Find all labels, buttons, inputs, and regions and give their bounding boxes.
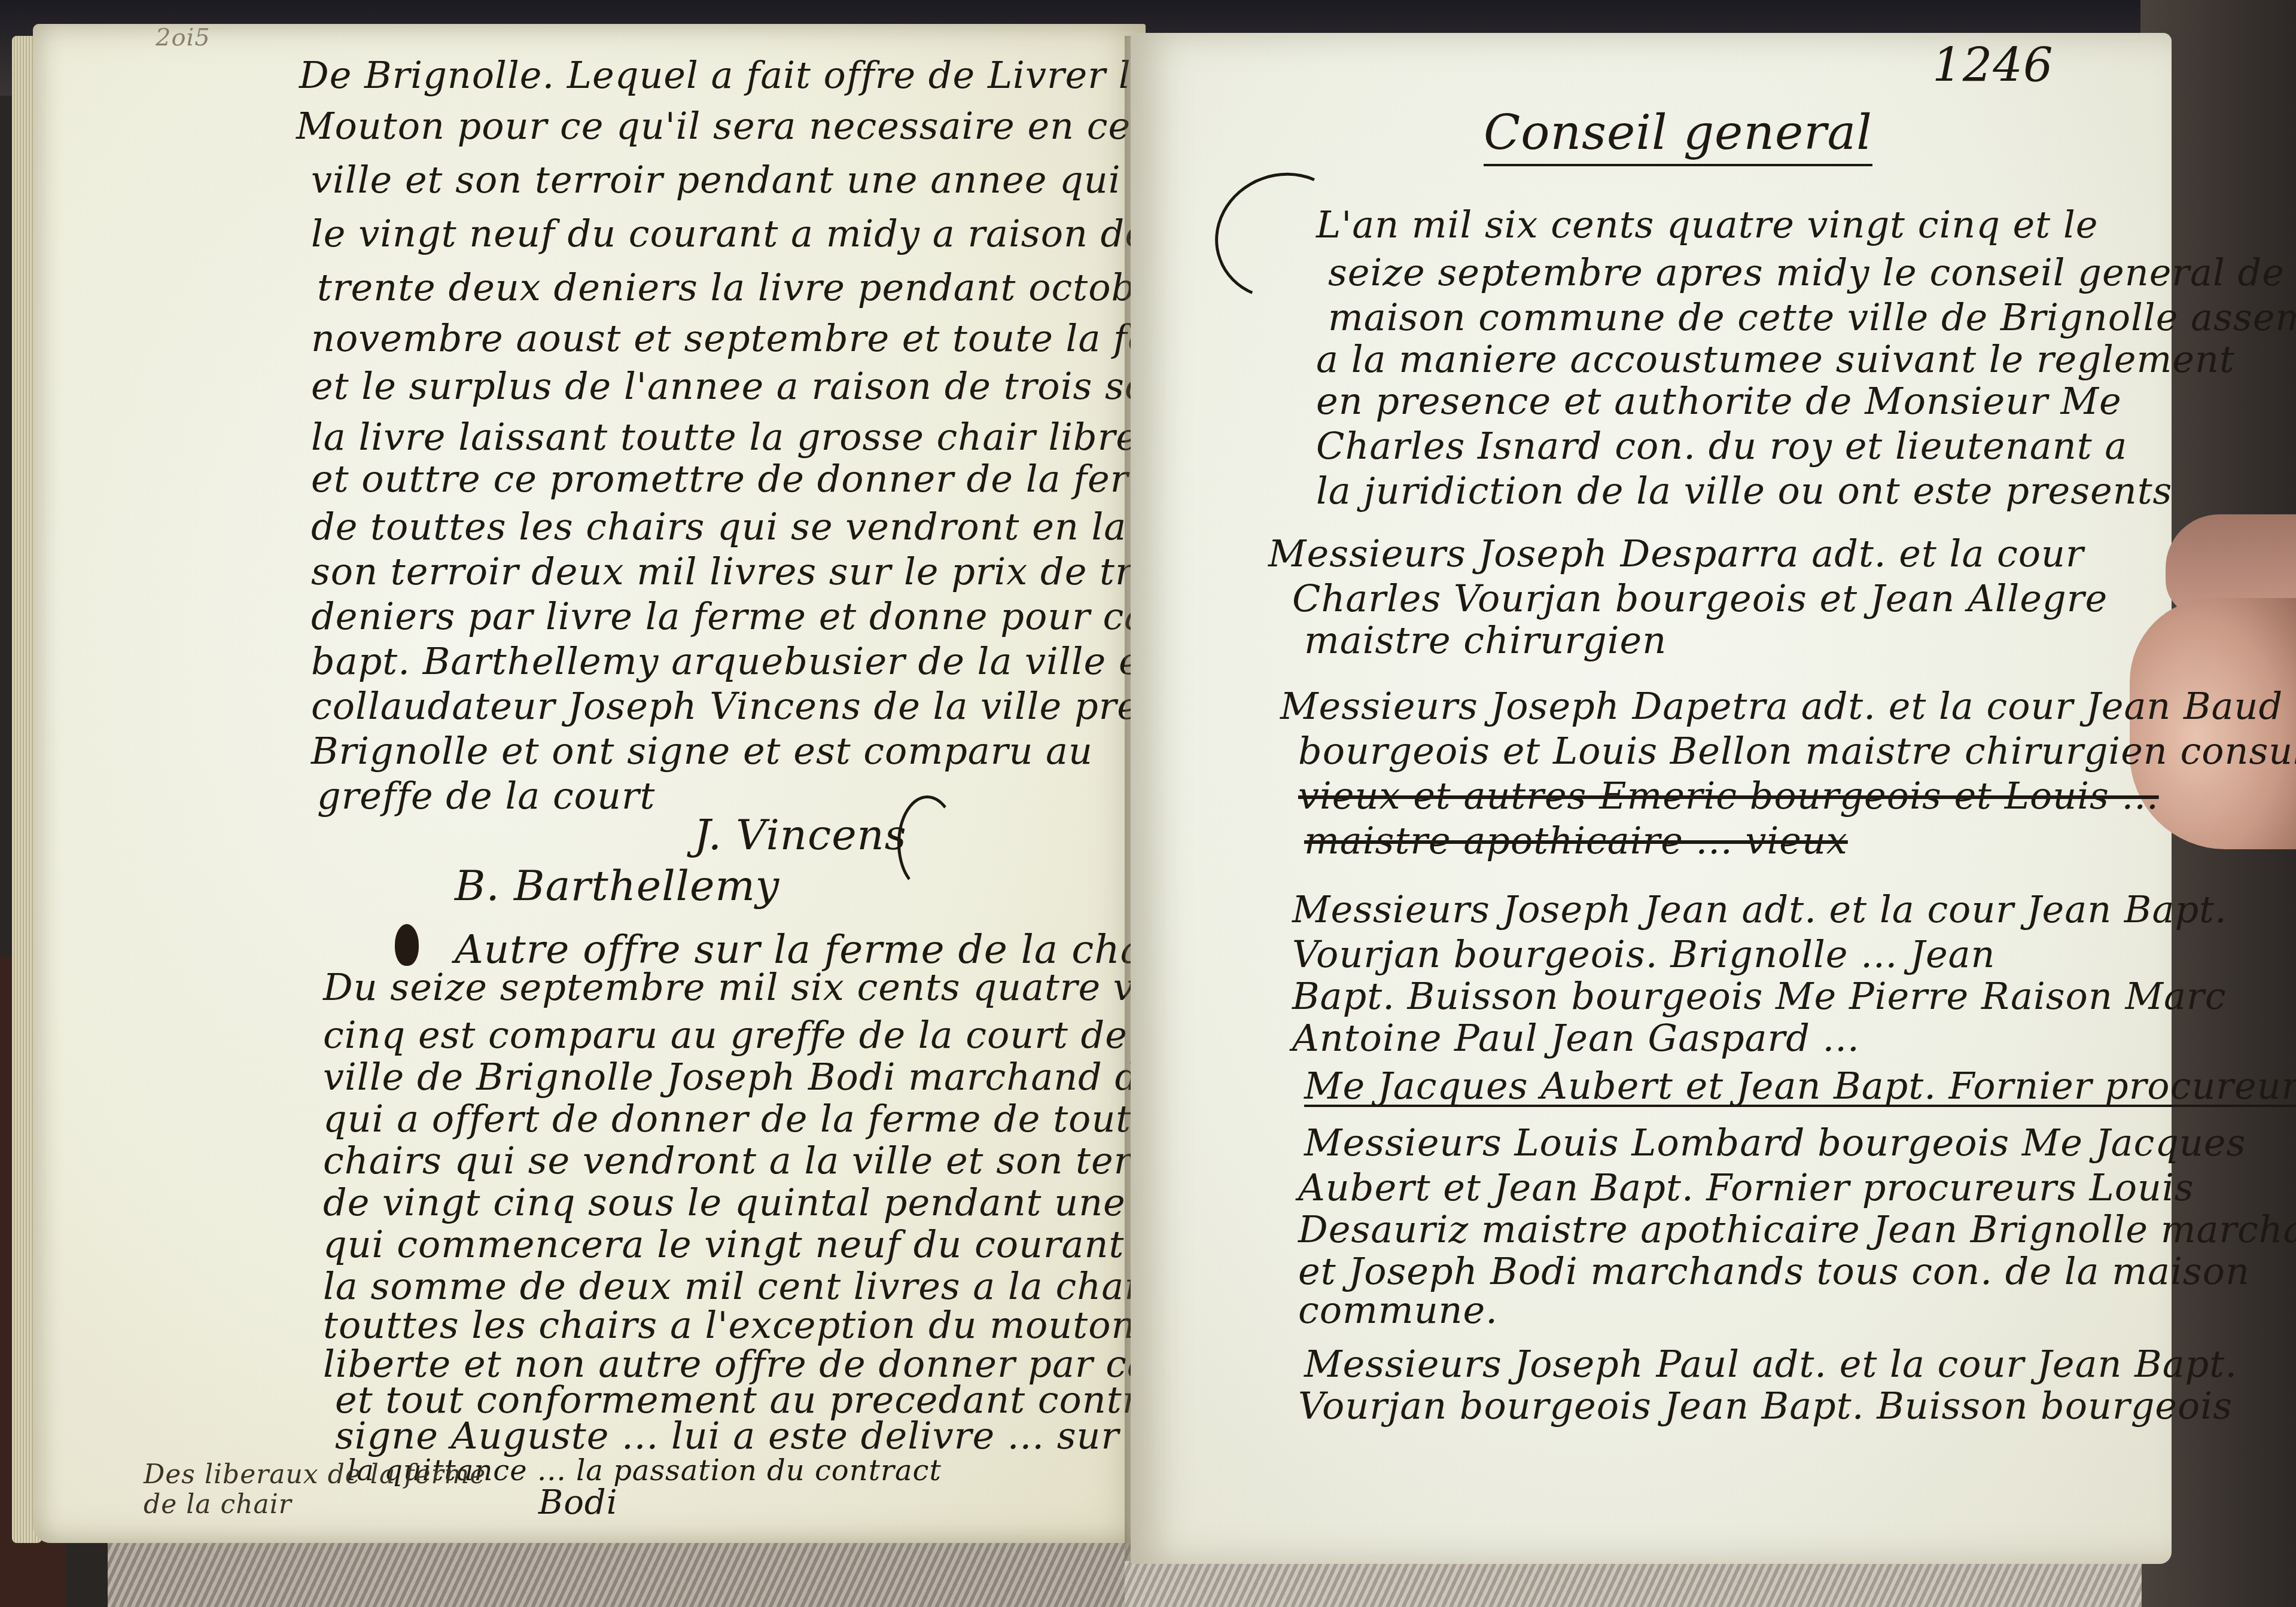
- text-line: bapt. Barthellemy arquebusier de la vill…: [311, 643, 1259, 680]
- paraph-flourish: [897, 795, 957, 891]
- text-line: Du seize septembre mil six cents quatre …: [323, 969, 1211, 1006]
- text-line: liberte et non autre offre de donner par…: [323, 1346, 1250, 1383]
- left-heading-autre-offre: Autre offre sur la ferme de la chair: [455, 930, 1177, 969]
- text-line: L'an mil six cents quatre vingt cinq et …: [1316, 206, 2098, 243]
- text-line: son terroir deux mil livres sur le prix …: [311, 553, 1189, 590]
- margin-note-line-2: de la chair: [144, 1489, 292, 1520]
- text-line: et le surplus de l'annee a raison de tro…: [311, 368, 1192, 405]
- text-line: et Joseph Bodi marchands tous con. de la…: [1298, 1253, 2250, 1290]
- text-line: Messieurs Joseph Desparra adt. et la cou…: [1268, 535, 2084, 572]
- text-line: Desauriz maistre apothicaire Jean Brigno…: [1298, 1211, 2296, 1248]
- text-line: de vingt cinq sous le quintal pendant un…: [323, 1184, 1255, 1221]
- text-line: commune.: [1298, 1292, 1498, 1329]
- text-line: Messieurs Louis Lombard bourgeois Me Jac…: [1304, 1124, 2246, 1161]
- text-line: a la maniere accoustumee suivant le regl…: [1316, 341, 2235, 378]
- text-line-struck: maistre apothicaire ... vieux: [1304, 822, 1848, 859]
- text-line-struck: vieux et autres Emeric bourgeois et Loui…: [1298, 777, 2159, 815]
- text-line: le vingt neuf du courant a midy a raison…: [311, 215, 1147, 252]
- text-line: trente deux deniers la livre pendant oct…: [317, 269, 1177, 306]
- text-line: qui a offert de donner de la ferme de to…: [323, 1100, 1256, 1138]
- text-line: cinq est comparu au greffe de la court d…: [323, 1017, 1238, 1054]
- margin-note-line-1: Des liberaux de la ferme: [144, 1459, 486, 1490]
- text-line: la livre laissant toutte la grosse chair…: [311, 419, 1138, 456]
- text-line: Vourjan bourgeois. Brignolle ... Jean: [1292, 936, 1995, 973]
- text-line: Vourjan bourgeois Jean Bapt. Buisson bou…: [1298, 1388, 2233, 1425]
- text-line: Messieurs Joseph Jean adt. et la cour Je…: [1292, 891, 2227, 928]
- right-heading-conseil-general: Conseil general: [1484, 105, 1872, 166]
- signature-bodi: Bodi: [538, 1483, 618, 1522]
- text-line: bourgeois et Louis Bellon maistre chirur…: [1298, 733, 2296, 770]
- text-line: Messieurs Joseph Paul adt. et la cour Je…: [1304, 1346, 2237, 1383]
- text-line: De Brignolle. Lequel a fait offre de Liv…: [299, 57, 1153, 94]
- text-line: collaudateur Joseph Vincens de la ville …: [311, 688, 1226, 725]
- text-line: Mouton pour ce qu'il sera necessaire en …: [296, 108, 1184, 145]
- text-line: Bapt. Buisson bourgeois Me Pierre Raison…: [1292, 978, 2226, 1015]
- text-line: Antoine Paul Jean Gaspard ...: [1292, 1020, 1860, 1057]
- text-line: Charles Vourjan bourgeois et Jean Allegr…: [1292, 580, 2108, 617]
- text-line: novembre aoust et septembre et toute la …: [311, 320, 1227, 357]
- text-line: Aubert et Jean Bapt. Fornier procureurs …: [1298, 1169, 2194, 1206]
- text-line: maistre chirurgien: [1304, 622, 1667, 659]
- text-line: en presence et authorite de Monsieur Me: [1316, 383, 2122, 420]
- text-line: et outtre ce promettre de donner de la f…: [311, 461, 1187, 498]
- text-line: maison commune de cette ville de Brignol…: [1328, 299, 2296, 336]
- text-line: seize septembre apres midy le conseil ge…: [1328, 254, 2296, 291]
- text-line: Me Jacques Aubert et Jean Bapt. Fornier …: [1304, 1068, 2296, 1107]
- folio-number: 1246: [1932, 39, 2054, 93]
- text-line: la somme de deux mil cent livres a la ch…: [323, 1268, 1249, 1305]
- text-line: Messieurs Joseph Dapetra adt. et la cour…: [1280, 688, 2283, 725]
- signature-barthellemy: B. Barthellemy: [455, 861, 779, 910]
- text-line: signe Auguste ... lui a este delivre ...…: [335, 1417, 1119, 1454]
- text-line: greffe de la court: [317, 777, 655, 815]
- text-line: la juridiction de la ville ou ont este p…: [1316, 472, 2172, 510]
- corner-note: 2oi5: [156, 24, 211, 51]
- ink-blot: [395, 924, 419, 966]
- text-line: Charles Isnard con. du roy et lieutenant…: [1316, 428, 2127, 465]
- signature-vincens: J. Vincens: [694, 810, 907, 859]
- text-line: Brignolle et ont signe et est comparu au: [311, 733, 1093, 770]
